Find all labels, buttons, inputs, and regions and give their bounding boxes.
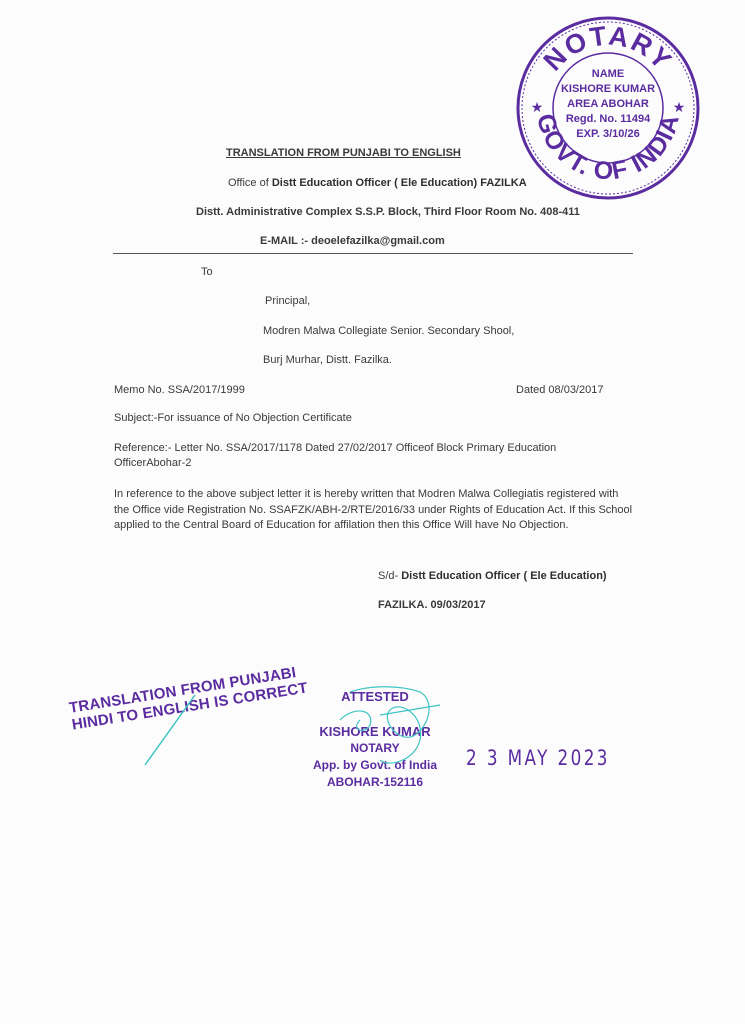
signature-scribble-icon [320, 680, 450, 770]
subject-line: Subject:-For issuance of No Objection Ce… [114, 412, 352, 424]
signature-place-date: FAZILKA. 09/03/2017 [378, 599, 486, 611]
addressee-line: Principal, [265, 295, 310, 307]
signature-line: S/d- Distt Education Officer ( Ele Educa… [378, 570, 607, 582]
notary-seal: NOTARY GOVT. OF INDIA ★ ★ NAME KISHORE K… [515, 15, 701, 201]
office-prefix: Office of [228, 177, 272, 189]
memo-date: Dated 08/03/2017 [516, 384, 603, 396]
office-name: Distt Education Officer ( Ele Education)… [272, 177, 527, 189]
attested-line: ABOHAR-152116 [305, 774, 445, 791]
body-paragraph: In reference to the above subject letter… [114, 487, 634, 534]
seal-line: AREA ABOHAR [567, 98, 649, 110]
star-icon: ★ [531, 99, 544, 115]
reference-line: Reference:- Letter No. SSA/2017/1178 Dat… [114, 441, 614, 471]
addressee-to: To [201, 266, 213, 278]
addressee-line: Modren Malwa Collegiate Senior. Secondar… [263, 325, 514, 337]
seal-line: Regd. No. 11494 [566, 113, 651, 125]
office-line: Office of Distt Education Officer ( Ele … [228, 177, 527, 189]
header-divider [113, 253, 633, 254]
seal-line: NAME [592, 68, 624, 80]
star-icon: ★ [673, 99, 686, 115]
seal-line: KISHORE KUMAR [561, 83, 655, 95]
office-email: E-MAIL :- deoelefazilka@gmail.com [260, 235, 445, 247]
memo-number: Memo No. SSA/2017/1999 [114, 384, 245, 396]
signature-prefix: S/d- [378, 570, 401, 582]
tick-mark-icon [130, 690, 200, 770]
date-stamp: 2 3 MAY 2023 [466, 746, 610, 770]
seal-line: EXP. 3/10/26 [576, 128, 639, 140]
document-page: NOTARY GOVT. OF INDIA ★ ★ NAME KISHORE K… [0, 0, 745, 1024]
signature-designation: Distt Education Officer ( Ele Education) [401, 570, 606, 582]
office-address: Distt. Administrative Complex S.S.P. Blo… [196, 206, 580, 218]
addressee-line: Burj Murhar, Distt. Fazilka. [263, 354, 392, 366]
document-title: TRANSLATION FROM PUNJABI TO ENGLISH [226, 147, 461, 159]
